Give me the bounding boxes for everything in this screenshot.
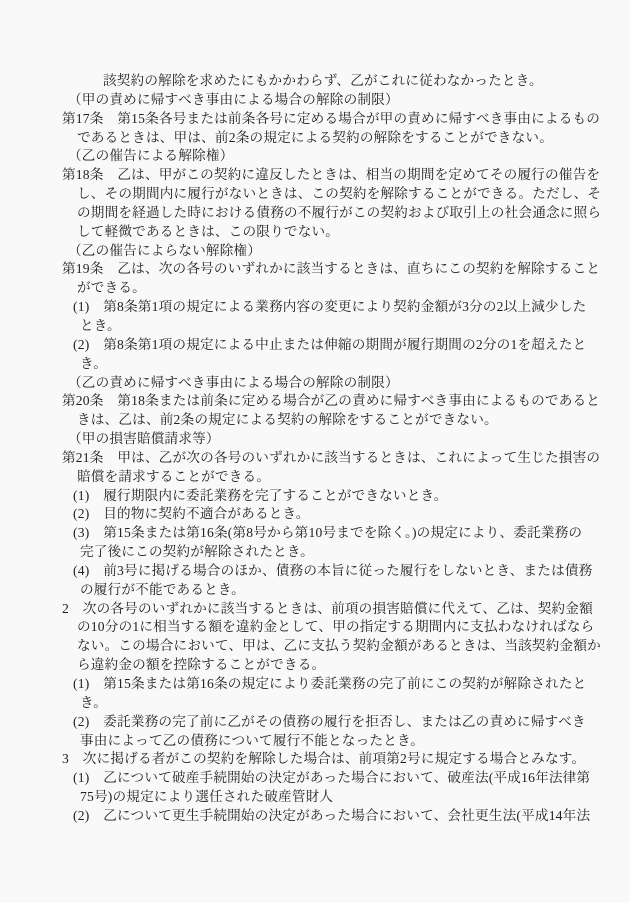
text-line-15: (2) 第8条第1項の規定による中止または伸縮の期間が履行期間の2分の1を超えた… (73, 336, 572, 355)
text-line-5: （乙の催告による解除権） (68, 147, 572, 166)
text-line-17: （乙の責めに帰すべき事由による場合の解除の制限） (68, 374, 572, 393)
text-line-21: 第21条 甲は、乙が次の各号のいずれかに該当するときは、これによって生じた損害の (62, 449, 572, 468)
text-line-13: (1) 第8条第1項の規定による業務内容の変更により契約金額が3分の2以上減少し… (73, 298, 572, 317)
text-line-20: （甲の損害賠償請求等） (68, 430, 572, 449)
contract-text-block: 該契約の解除を求めたにもかかわらず、乙がこれに従わなかったとき。（甲の責めに帰す… (62, 72, 572, 826)
text-line-27: (4) 前3号に掲げる場合のほか、債務の本旨に従った履行をしないとき、または債務 (73, 562, 572, 581)
text-line-39: 75号)の規定により選任された破産管財人 (80, 788, 572, 807)
text-line-1: 該契約の解除を求めたにもかかわらず、乙がこれに従わなかったとき。 (103, 72, 572, 91)
text-line-40: (2) 乙について更生手続開始の決定があった場合において、会社更生法(平成14年… (73, 807, 572, 826)
text-line-31: ない。この場合において、甲は、乙に支払う契約金額があるときは、当該契約金額か (77, 637, 572, 656)
text-line-25: (3) 第15条または第16条(第8号から第10号までを除く。)の規定により、委… (73, 524, 572, 543)
document-page: 該契約の解除を求めたにもかかわらず、乙がこれに従わなかったとき。（甲の責めに帰す… (0, 0, 630, 903)
text-line-26: 完了後にこの契約が解除されたとき。 (80, 543, 572, 562)
text-line-18: 第20条 第18条または前条に定める場合が乙の責めに帰すべき事由によるものである… (62, 392, 572, 411)
text-line-7: し、その期間内に履行がないときは、この契約を解除することができる。ただし、そ (77, 185, 572, 204)
text-line-23: (1) 履行期限内に委託業務を完了することができないとき。 (73, 487, 572, 506)
text-line-4: であるときは、甲は、前2条の規定による契約の解除をすることができない。 (77, 129, 572, 148)
text-line-32: ら違約金の額を控除することができる。 (77, 656, 572, 675)
text-line-16: き。 (80, 355, 572, 374)
text-line-14: とき。 (80, 317, 572, 336)
text-line-11: 第19条 乙は、次の各号のいずれかに該当するときは、直ちにこの契約を解除すること (62, 260, 572, 279)
text-line-12: ができる。 (77, 279, 572, 298)
text-line-3: 第17条 第15条各号または前条各号に定める場合が甲の責めに帰すべき事由によるも… (62, 110, 572, 129)
text-line-35: (2) 委託業務の完了前に乙がその債務の履行を拒否し、または乙の責めに帰すべき (73, 713, 572, 732)
text-line-34: き。 (80, 694, 572, 713)
text-line-2: （甲の責めに帰すべき事由による場合の解除の制限） (68, 91, 572, 110)
text-line-30: の10分の1に相当する額を違約金として、甲の指定する期間内に支払わなければなら (77, 618, 572, 637)
text-line-19: きは、乙は、前2条の規定による契約の解除をすることができない。 (77, 411, 572, 430)
text-line-22: 賠償を請求することができる。 (77, 468, 572, 487)
text-line-37: 3 次に掲げる者がこの契約を解除した場合は、前項第2号に規定する場合とみなす。 (62, 750, 572, 769)
text-line-38: (1) 乙について破産手続開始の決定があった場合において、破産法(平成16年法律… (73, 769, 572, 788)
text-line-33: (1) 第15条または第16条の規定により委託業務の完了前にこの契約が解除された… (73, 675, 572, 694)
text-line-10: （乙の催告によらない解除権） (68, 242, 572, 261)
text-line-29: 2 次の各号のいずれかに該当するときは、前項の損害賠償に代えて、乙は、契約金額 (62, 600, 572, 619)
text-line-28: の履行が不能であるとき。 (80, 581, 572, 600)
text-line-8: の期間を経過した時における債務の不履行がこの契約および取引上の社会通念に照ら (77, 204, 572, 223)
text-line-24: (2) 目的物に契約不適合があるとき。 (73, 505, 572, 524)
text-line-36: 事由によって乙の債務について履行不能となったとき。 (80, 732, 572, 751)
text-line-6: 第18条 乙は、甲がこの契約に違反したときは、相当の期間を定めてその履行の催告を (62, 166, 572, 185)
text-line-9: して軽微であるときは、この限りでない。 (77, 223, 572, 242)
